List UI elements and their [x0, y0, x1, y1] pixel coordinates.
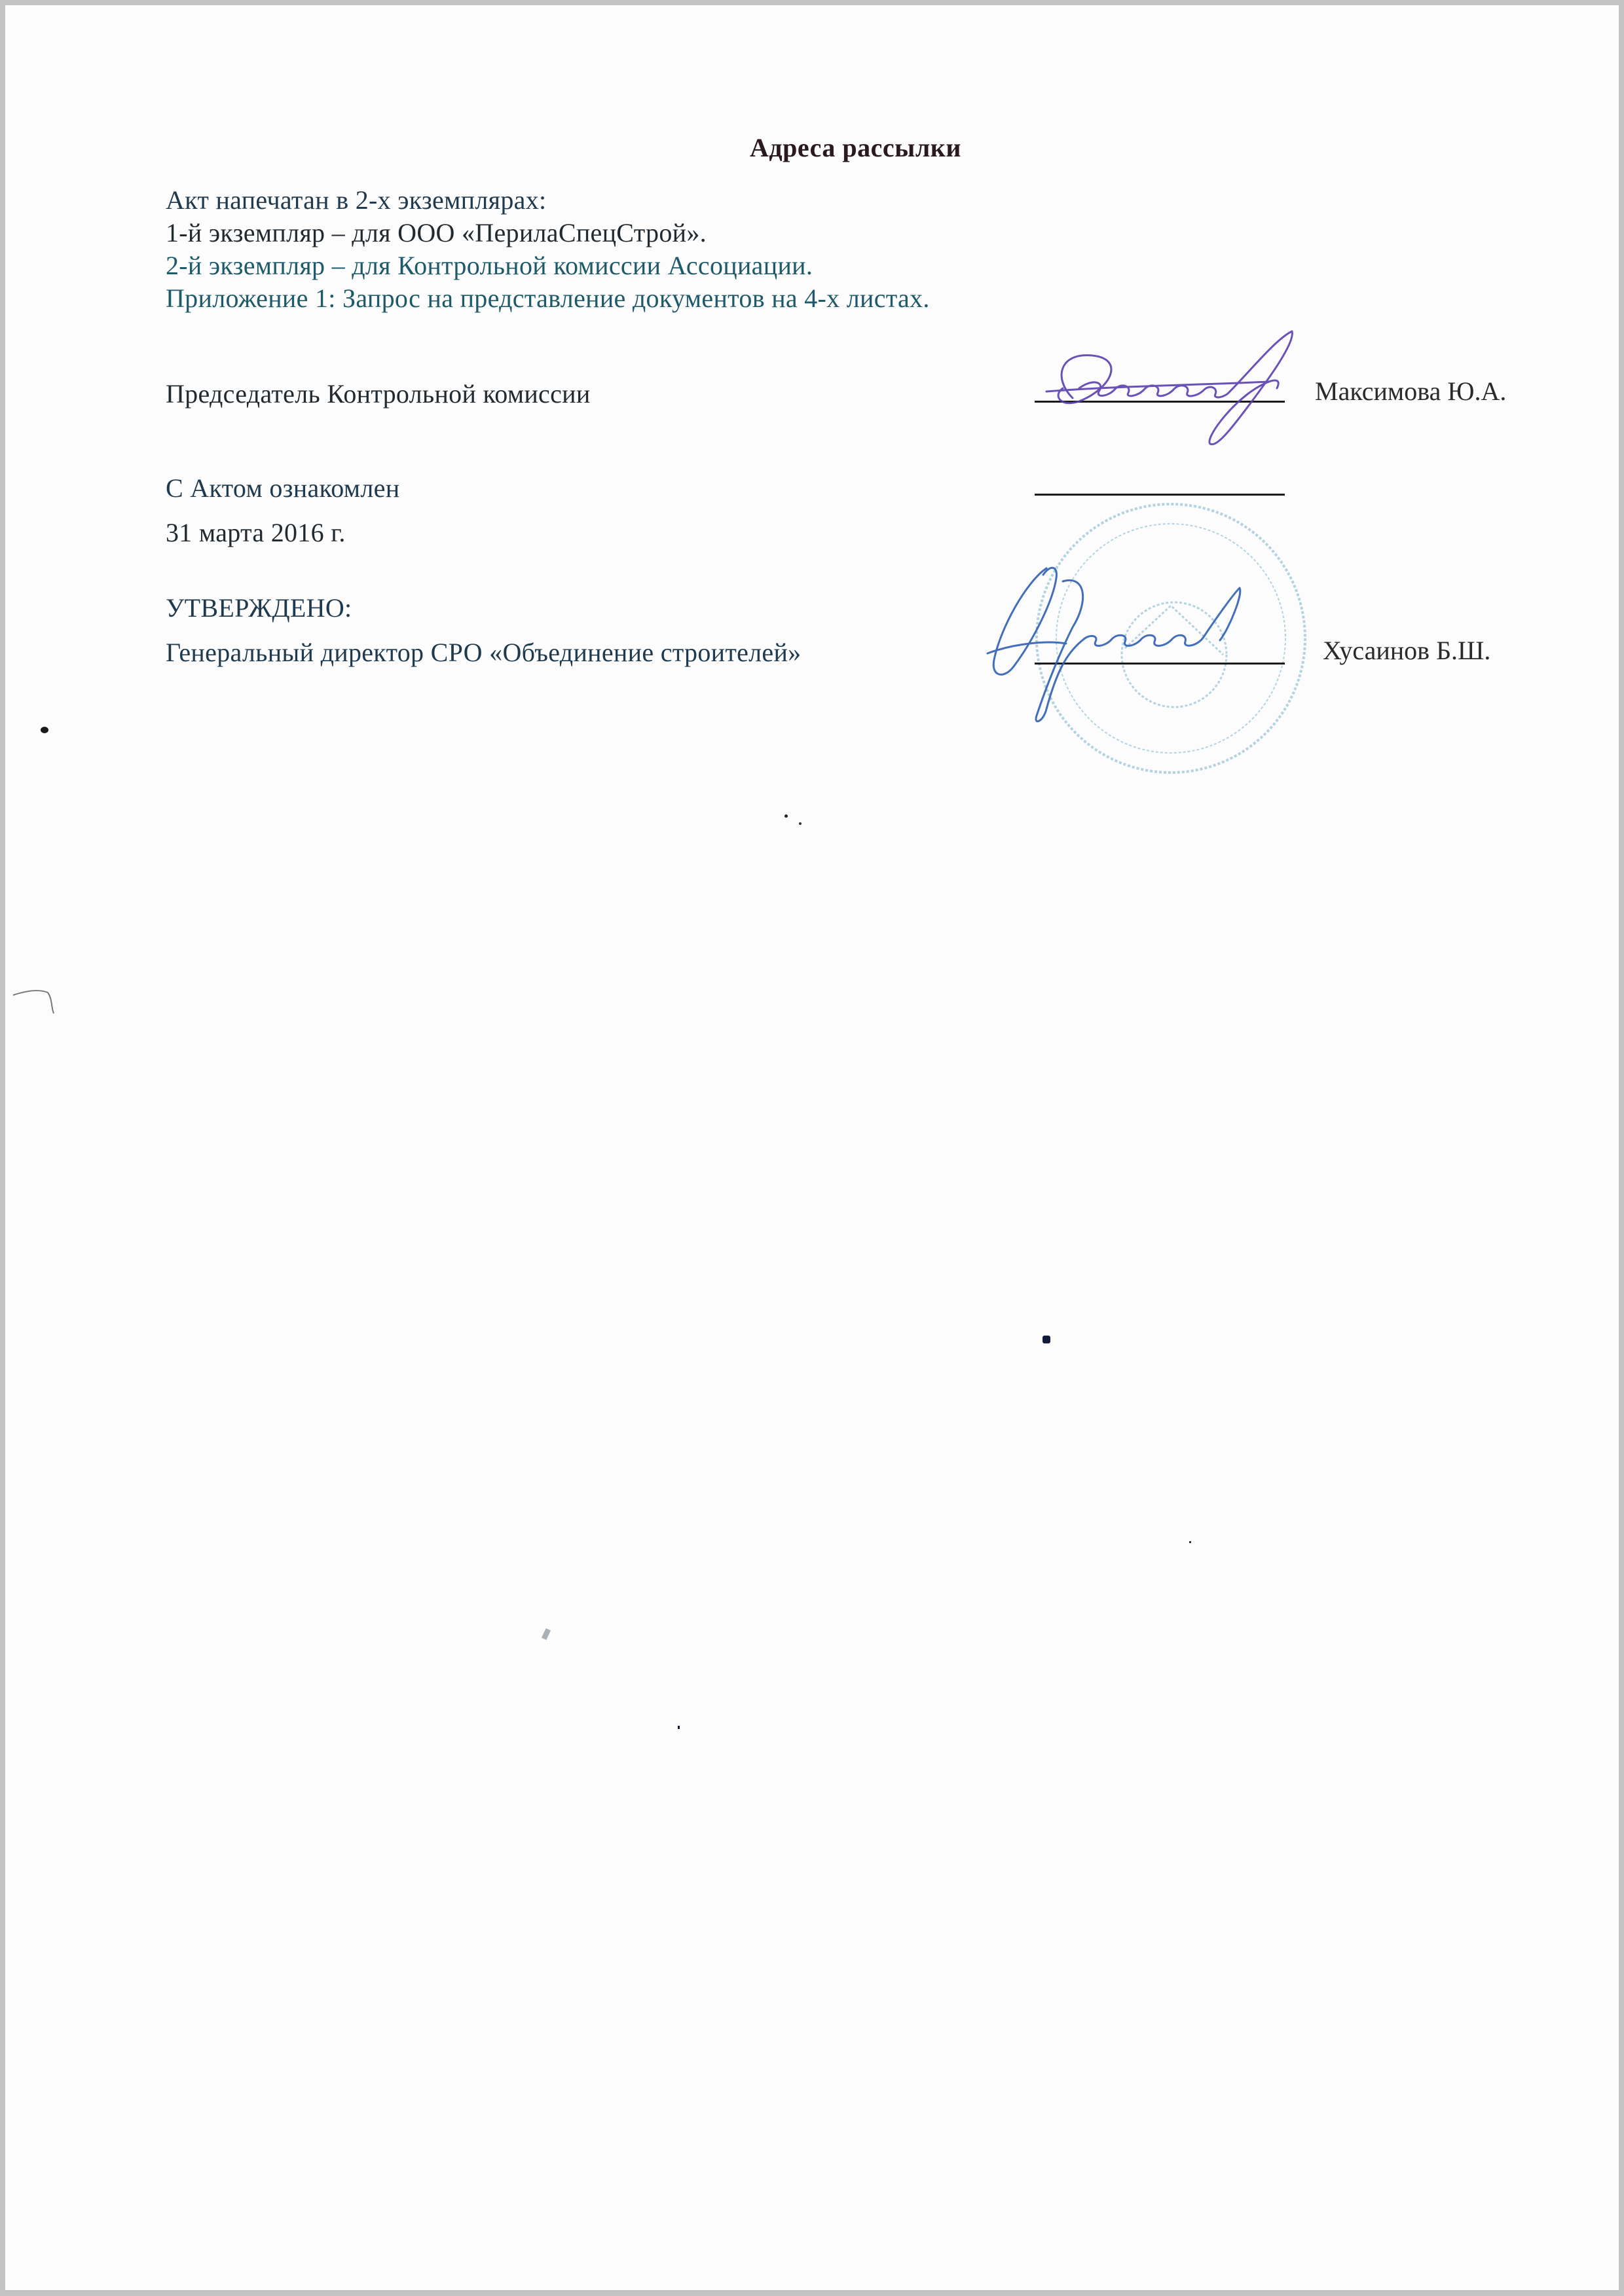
scan-artifact-icon	[12, 987, 58, 1020]
scan-speck	[799, 822, 802, 825]
scan-speck	[1189, 1541, 1191, 1543]
document-title: Адреса рассылки	[750, 132, 961, 163]
acknowledgement-signature-line	[1035, 494, 1285, 496]
scan-speck	[542, 1628, 551, 1640]
director-role: Генеральный директор СРО «Объединение ст…	[166, 637, 801, 668]
scan-speck	[784, 814, 788, 818]
acknowledged-label: С Актом ознакомлен	[166, 473, 399, 504]
director-signature-icon	[974, 555, 1315, 732]
director-name: Хусаинов Б.Ш.	[1323, 635, 1490, 666]
scan-speck	[41, 727, 48, 733]
scan-speck	[1043, 1336, 1050, 1343]
attachment-note: Приложение 1: Запрос на представление до…	[166, 283, 930, 314]
approved-heading: УТВЕРЖДЕНО:	[166, 592, 352, 624]
chairman-signature-icon	[1033, 326, 1348, 450]
copy-1-recipient: 1-й экземпляр – для ООО «ПерилаСпецСтрой…	[166, 217, 707, 249]
scan-speck	[678, 1726, 680, 1729]
copy-2-recipient: 2-й экземпляр – для Контрольной комиссии…	[166, 250, 813, 282]
chairman-role: Председатель Контрольной комиссии	[166, 378, 591, 410]
document-page: Адреса рассылки Акт напечатан в 2-х экзе…	[5, 5, 1619, 2290]
acknowledgement-date: 31 марта 2016 г.	[166, 517, 346, 549]
copies-statement: Акт напечатан в 2-х экземплярах:	[166, 185, 546, 216]
